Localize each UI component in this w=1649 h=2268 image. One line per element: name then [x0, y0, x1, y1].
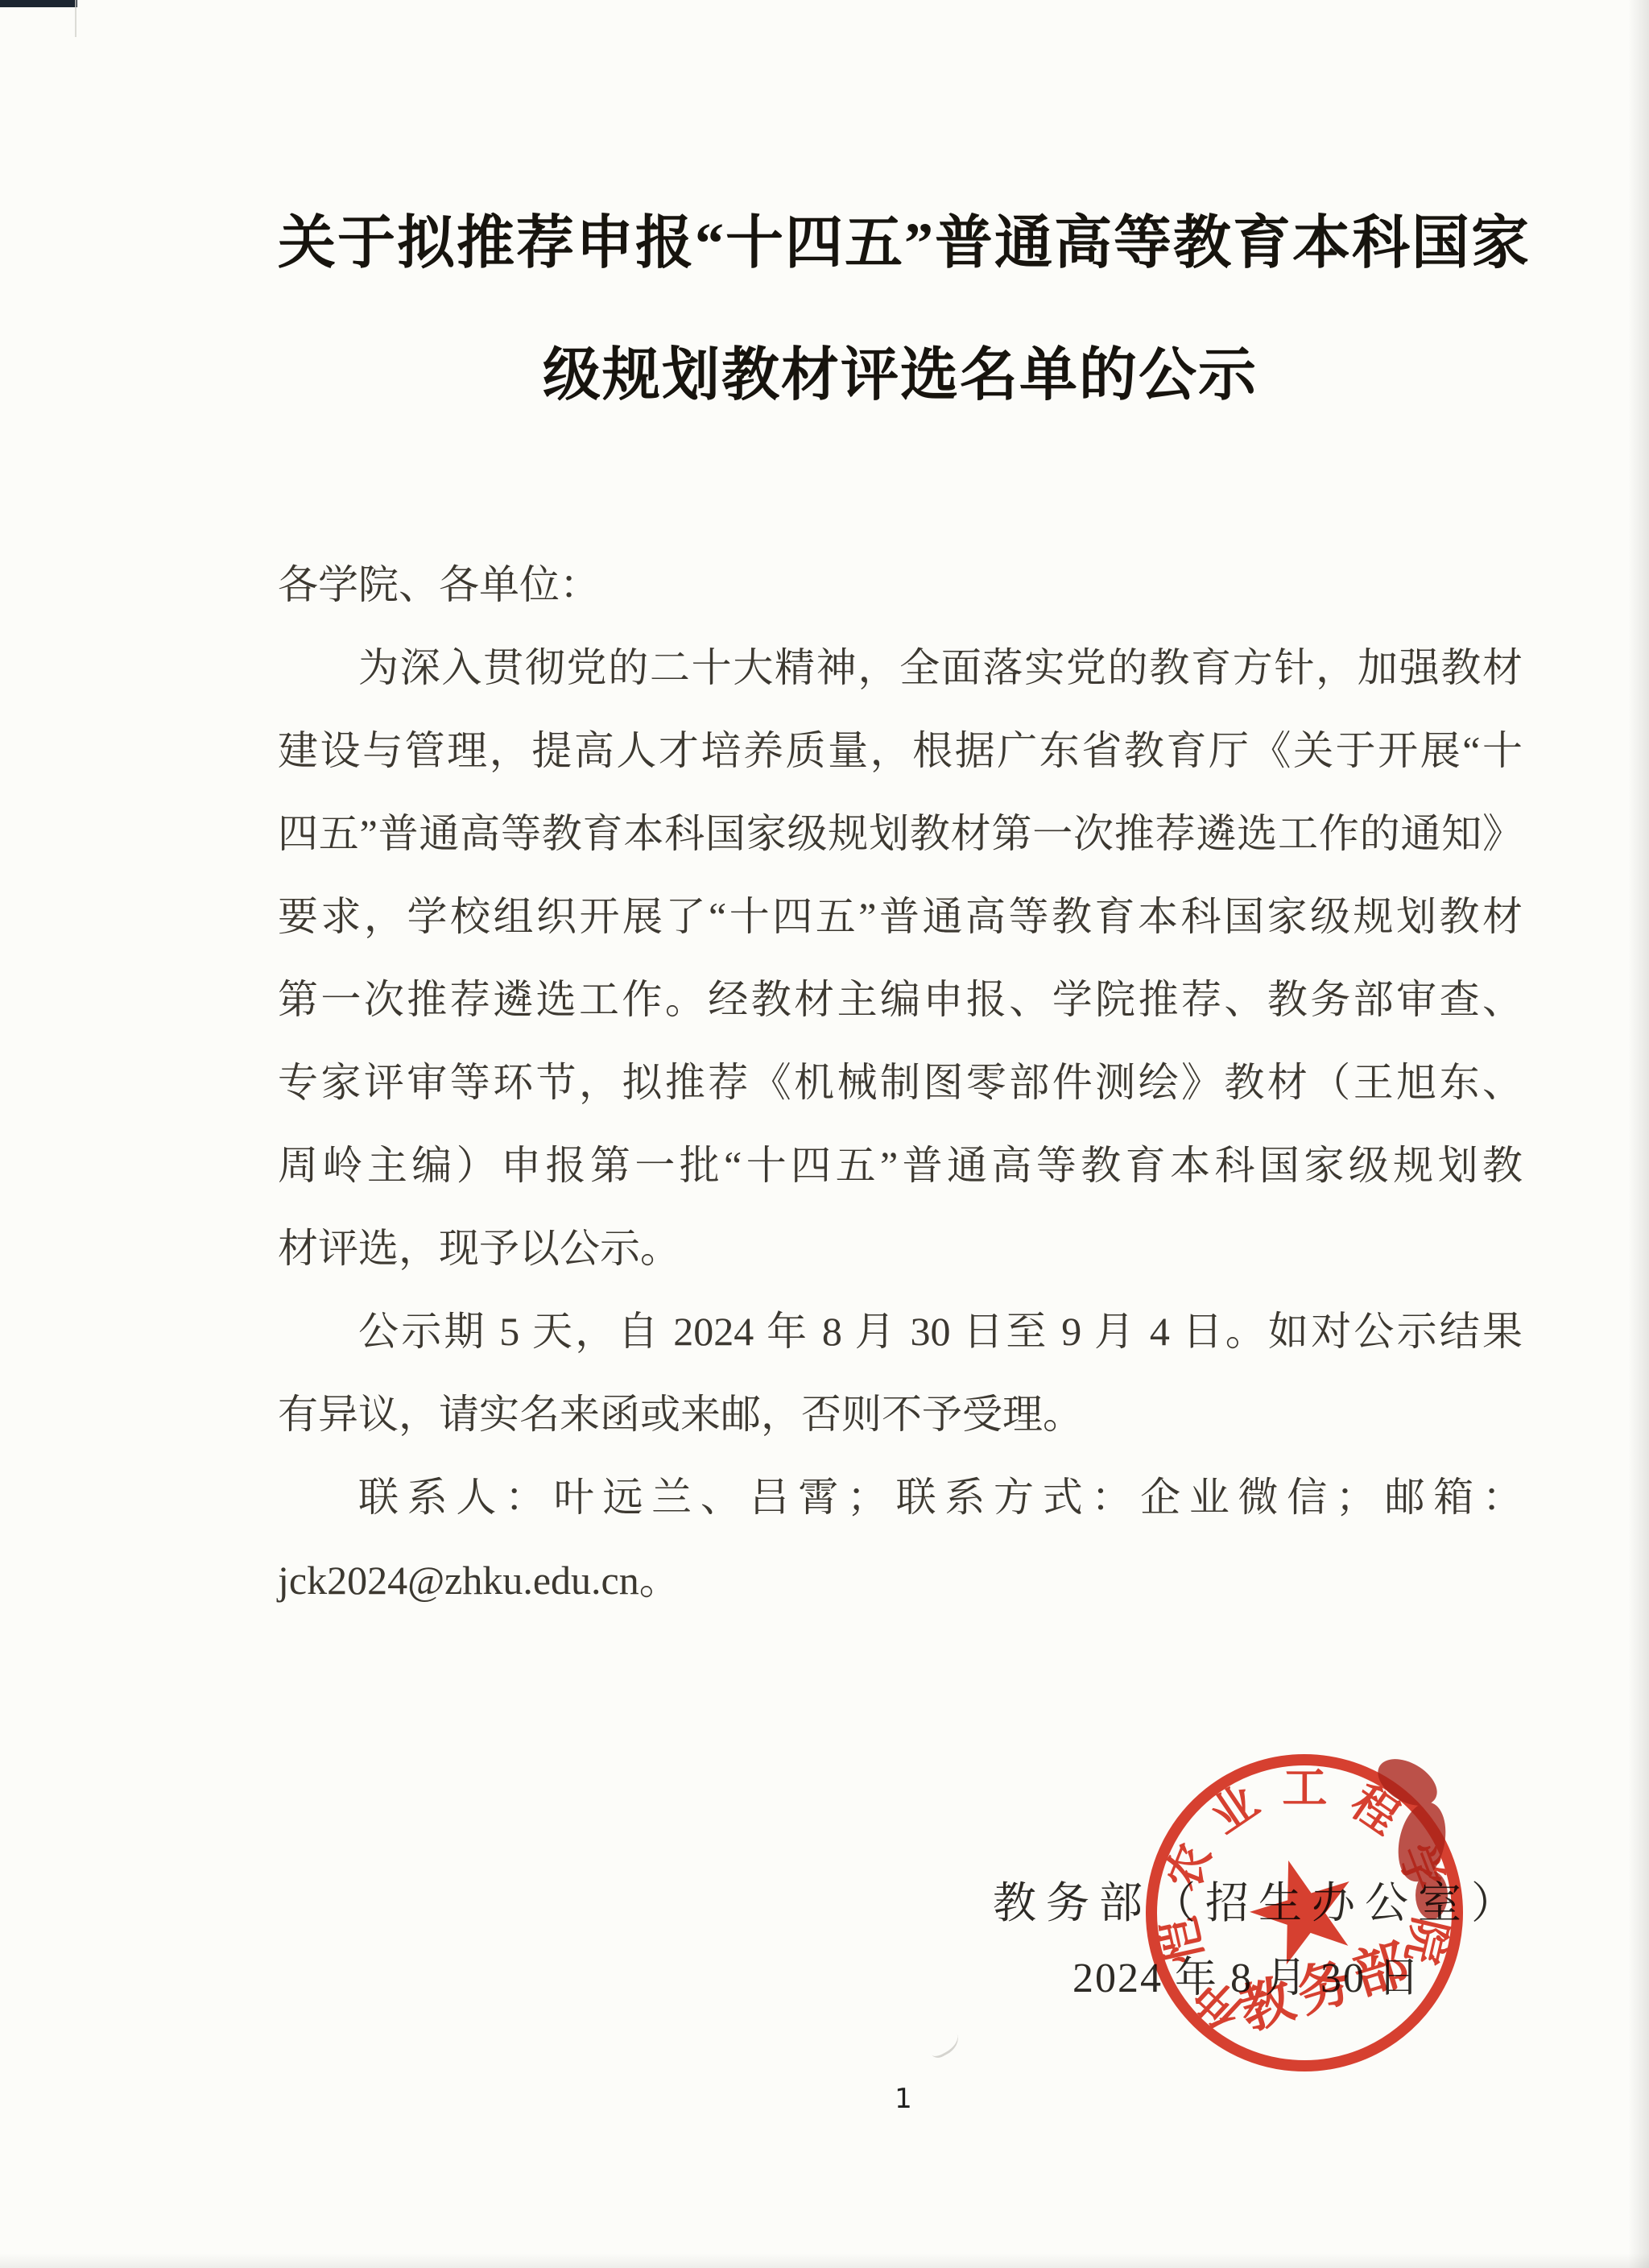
body-line: 有异议，请实名来函或来邮，否则不予受理。: [278, 1389, 1523, 1439]
body-line: 要求，学校组织开展了“十四五”普通高等教育本科国家级规划教材: [278, 892, 1523, 942]
body-line: 四五”普通高等教育本科国家级规划教材第一次推荐遴选工作的通知》: [278, 809, 1523, 859]
scan-edge-shadow-bottom: [0, 2254, 1649, 2268]
seal-ring-char: 恺: [1154, 1913, 1213, 1968]
scan-artifact-smudge: [924, 2025, 964, 2060]
page-number: 1: [886, 2083, 921, 2115]
seal-bottom-text: 教务部: [1233, 1933, 1421, 2042]
body-line: 为深入贯彻党的二十大精神，全面落实党的教育方针，加强教材: [278, 643, 1523, 693]
contact-email-line: jck2024@zhku.edu.cn。: [278, 1555, 1523, 1605]
document-title-line1: 关于拟推荐申报“十四五”普通高等教育本科国家: [278, 211, 1523, 275]
scan-artifact-corner-line: [75, 0, 76, 37]
body-line: 建设与管理，提高人才培养质量，根据广东省教育厅《关于开展“十: [278, 726, 1523, 776]
body-line: 公示期 5 天，自 2024 年 8 月 30 日至 9 月 4 日。如对公示结…: [278, 1306, 1523, 1356]
official-seal-stamp: 仲恺农业工程学院 教务部: [1127, 1736, 1482, 2090]
salutation-line: 各学院、各单位：: [278, 560, 1523, 610]
scan-edge-shadow-right: [1628, 0, 1649, 2268]
body-line: 材评选，现予以公示。: [278, 1223, 1523, 1273]
document-title-line2: 级规划教材评选名单的公示: [278, 343, 1523, 408]
body-line: 周岭主编）申报第一批“十四五”普通高等教育本科国家级规划教: [278, 1140, 1523, 1190]
seal-ring-char: 工: [1282, 1764, 1327, 1814]
body-line: 第一次推荐遴选工作。经教材主编申报、学院推荐、教务部审查、: [278, 975, 1523, 1024]
scan-artifact-corner-bar: [0, 0, 77, 7]
contact-line: 联系人：叶远兰、吕霄；联系方式：企业微信；邮箱：: [278, 1472, 1523, 1522]
scanned-document-page: 关于拟推荐申报“十四五”普通高等教育本科国家 级规划教材评选名单的公示 各学院、…: [0, 0, 1649, 2268]
body-line: 专家评审等环节，拟推荐《机械制图零部件测绘》教材（王旭东、: [278, 1057, 1523, 1107]
